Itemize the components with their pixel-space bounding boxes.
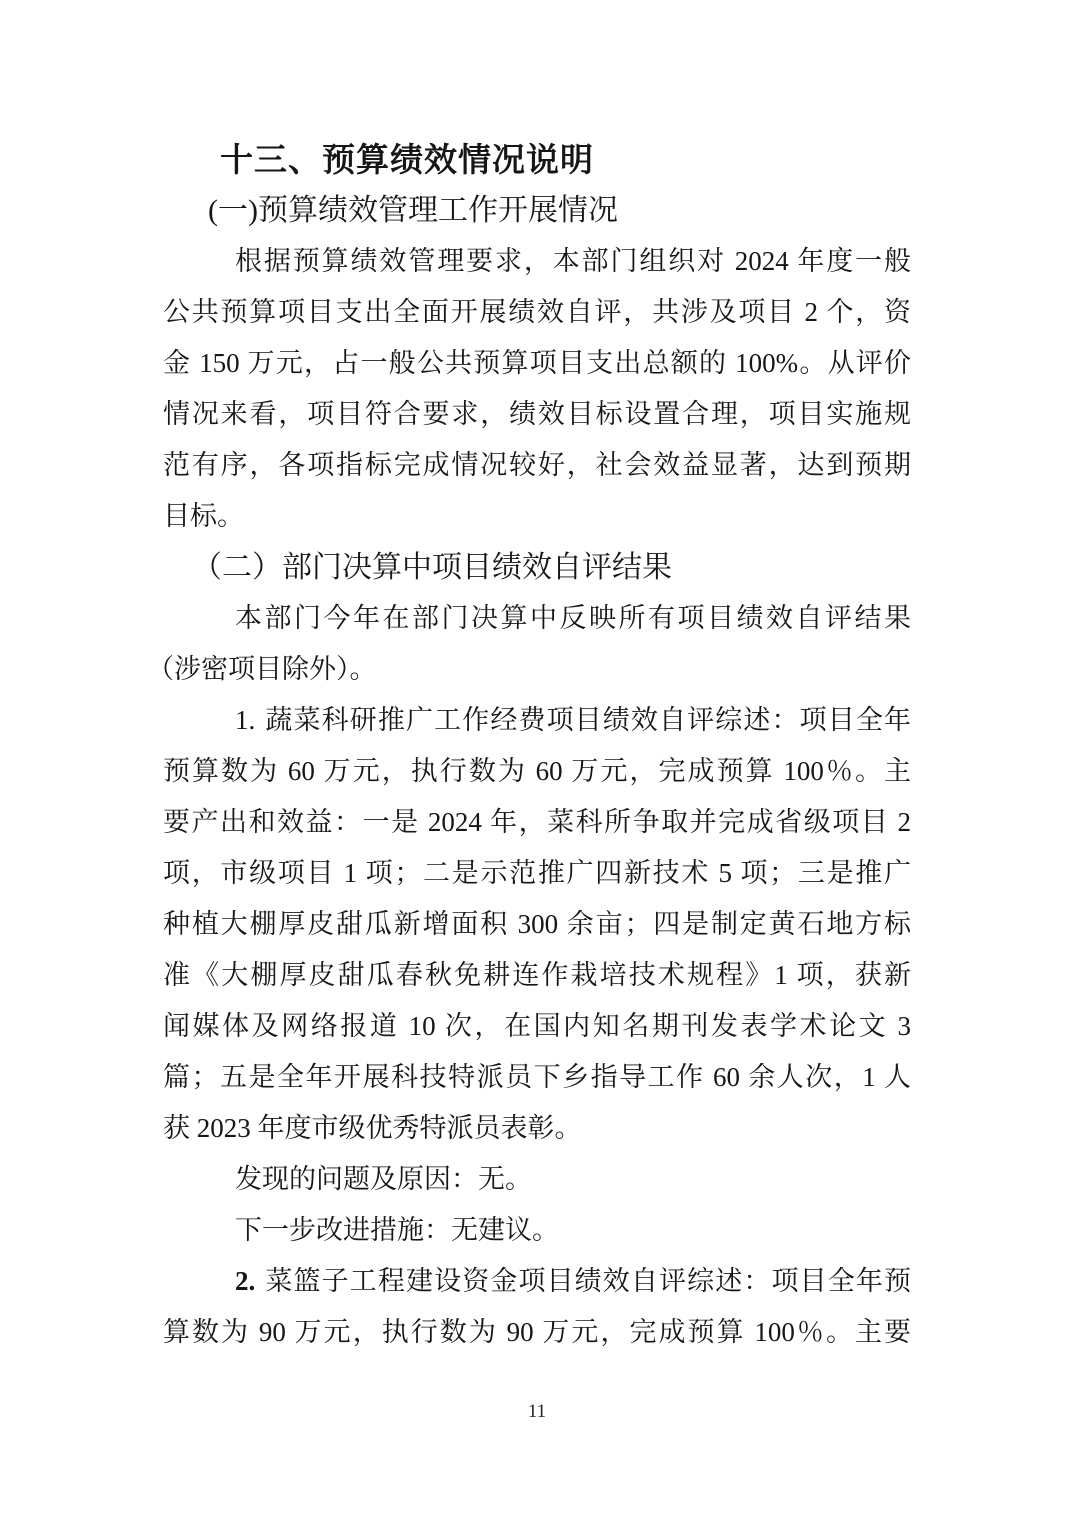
item1-line: 闻媒体及网络报道 10 次，在国内知名期刊发表学术论文 3 — [163, 1001, 911, 1052]
item1-line: 预算数为 60 万元，执行数为 60 万元，完成预算 100％。主 — [163, 746, 911, 797]
document-page: 十三、预算绩效情况说明 (一)预算绩效管理工作开展情况 根据预算绩效管理要求，本… — [0, 0, 1074, 1520]
page-number: 11 — [0, 1398, 1074, 1426]
para1-line: 根据预算绩效管理要求，本部门组织对 2024 年度一般 — [163, 236, 911, 287]
item1-line: 1.蔬菜科研推广工作经费项目绩效自评综述：项目全年 — [163, 695, 911, 746]
para1-line: 金 150 万元，占一般公共预算项目支出总额的 100%。从评价 — [163, 338, 911, 389]
problems-line: 发现的问题及原因：无。 — [163, 1154, 911, 1205]
item1-line-text: 蔬菜科研推广工作经费项目绩效自评综述：项目全年 — [264, 705, 911, 735]
para1-line: 公共预算项目支出全面开展绩效自评，共涉及项目 2 个，资 — [163, 287, 911, 338]
item2-line-text: 菜篮子工程建设资金项目绩效自评综述：项目全年预 — [264, 1266, 911, 1296]
para1-line: 范有序，各项指标完成情况较好，社会效益显著，达到预期 — [163, 440, 911, 491]
next-steps-line: 下一步改进措施：无建议。 — [163, 1205, 911, 1256]
item2-line: 算数为 90 万元，执行数为 90 万元，完成预算 100％。主要 — [163, 1307, 911, 1358]
item1-line: 种植大棚厚皮甜瓜新增面积 300 余亩；四是制定黄石地方标 — [163, 899, 911, 950]
para1-line-last: 目标。 — [163, 491, 911, 542]
para2-line-last: （涉密项目除外）。 — [163, 644, 911, 695]
subsection-1-heading: (一)预算绩效管理工作开展情况 — [163, 185, 911, 236]
para1-line: 情况来看，项目符合要求，绩效目标设置合理，项目实施规 — [163, 389, 911, 440]
item1-line-last: 获 2023 年度市级优秀特派员表彰。 — [163, 1103, 911, 1154]
item1-line: 要产出和效益：一是 2024 年，菜科所争取并完成省级项目 2 — [163, 797, 911, 848]
item1-line: 篇；五是全年开展科技特派员下乡指导工作 60 余人次，1 人 — [163, 1052, 911, 1103]
item1-line: 准《大棚厚皮甜瓜春秋免耕连作栽培技术规程》1 项，获新 — [163, 950, 911, 1001]
item2-number: 2. — [235, 1266, 255, 1296]
item1-number: 1. — [235, 705, 255, 735]
subsection-2-heading: （二）部门决算中项目绩效自评结果 — [163, 542, 911, 593]
item2-line: 2.菜篮子工程建设资金项目绩效自评综述：项目全年预 — [163, 1256, 911, 1307]
document-body: 十三、预算绩效情况说明 (一)预算绩效管理工作开展情况 根据预算绩效管理要求，本… — [163, 134, 911, 1358]
section-heading: 十三、预算绩效情况说明 — [163, 134, 911, 185]
item1-line: 项，市级项目 1 项；二是示范推广四新技术 5 项；三是推广 — [163, 848, 911, 899]
para2-line: 本部门今年在部门决算中反映所有项目绩效自评结果 — [163, 593, 911, 644]
